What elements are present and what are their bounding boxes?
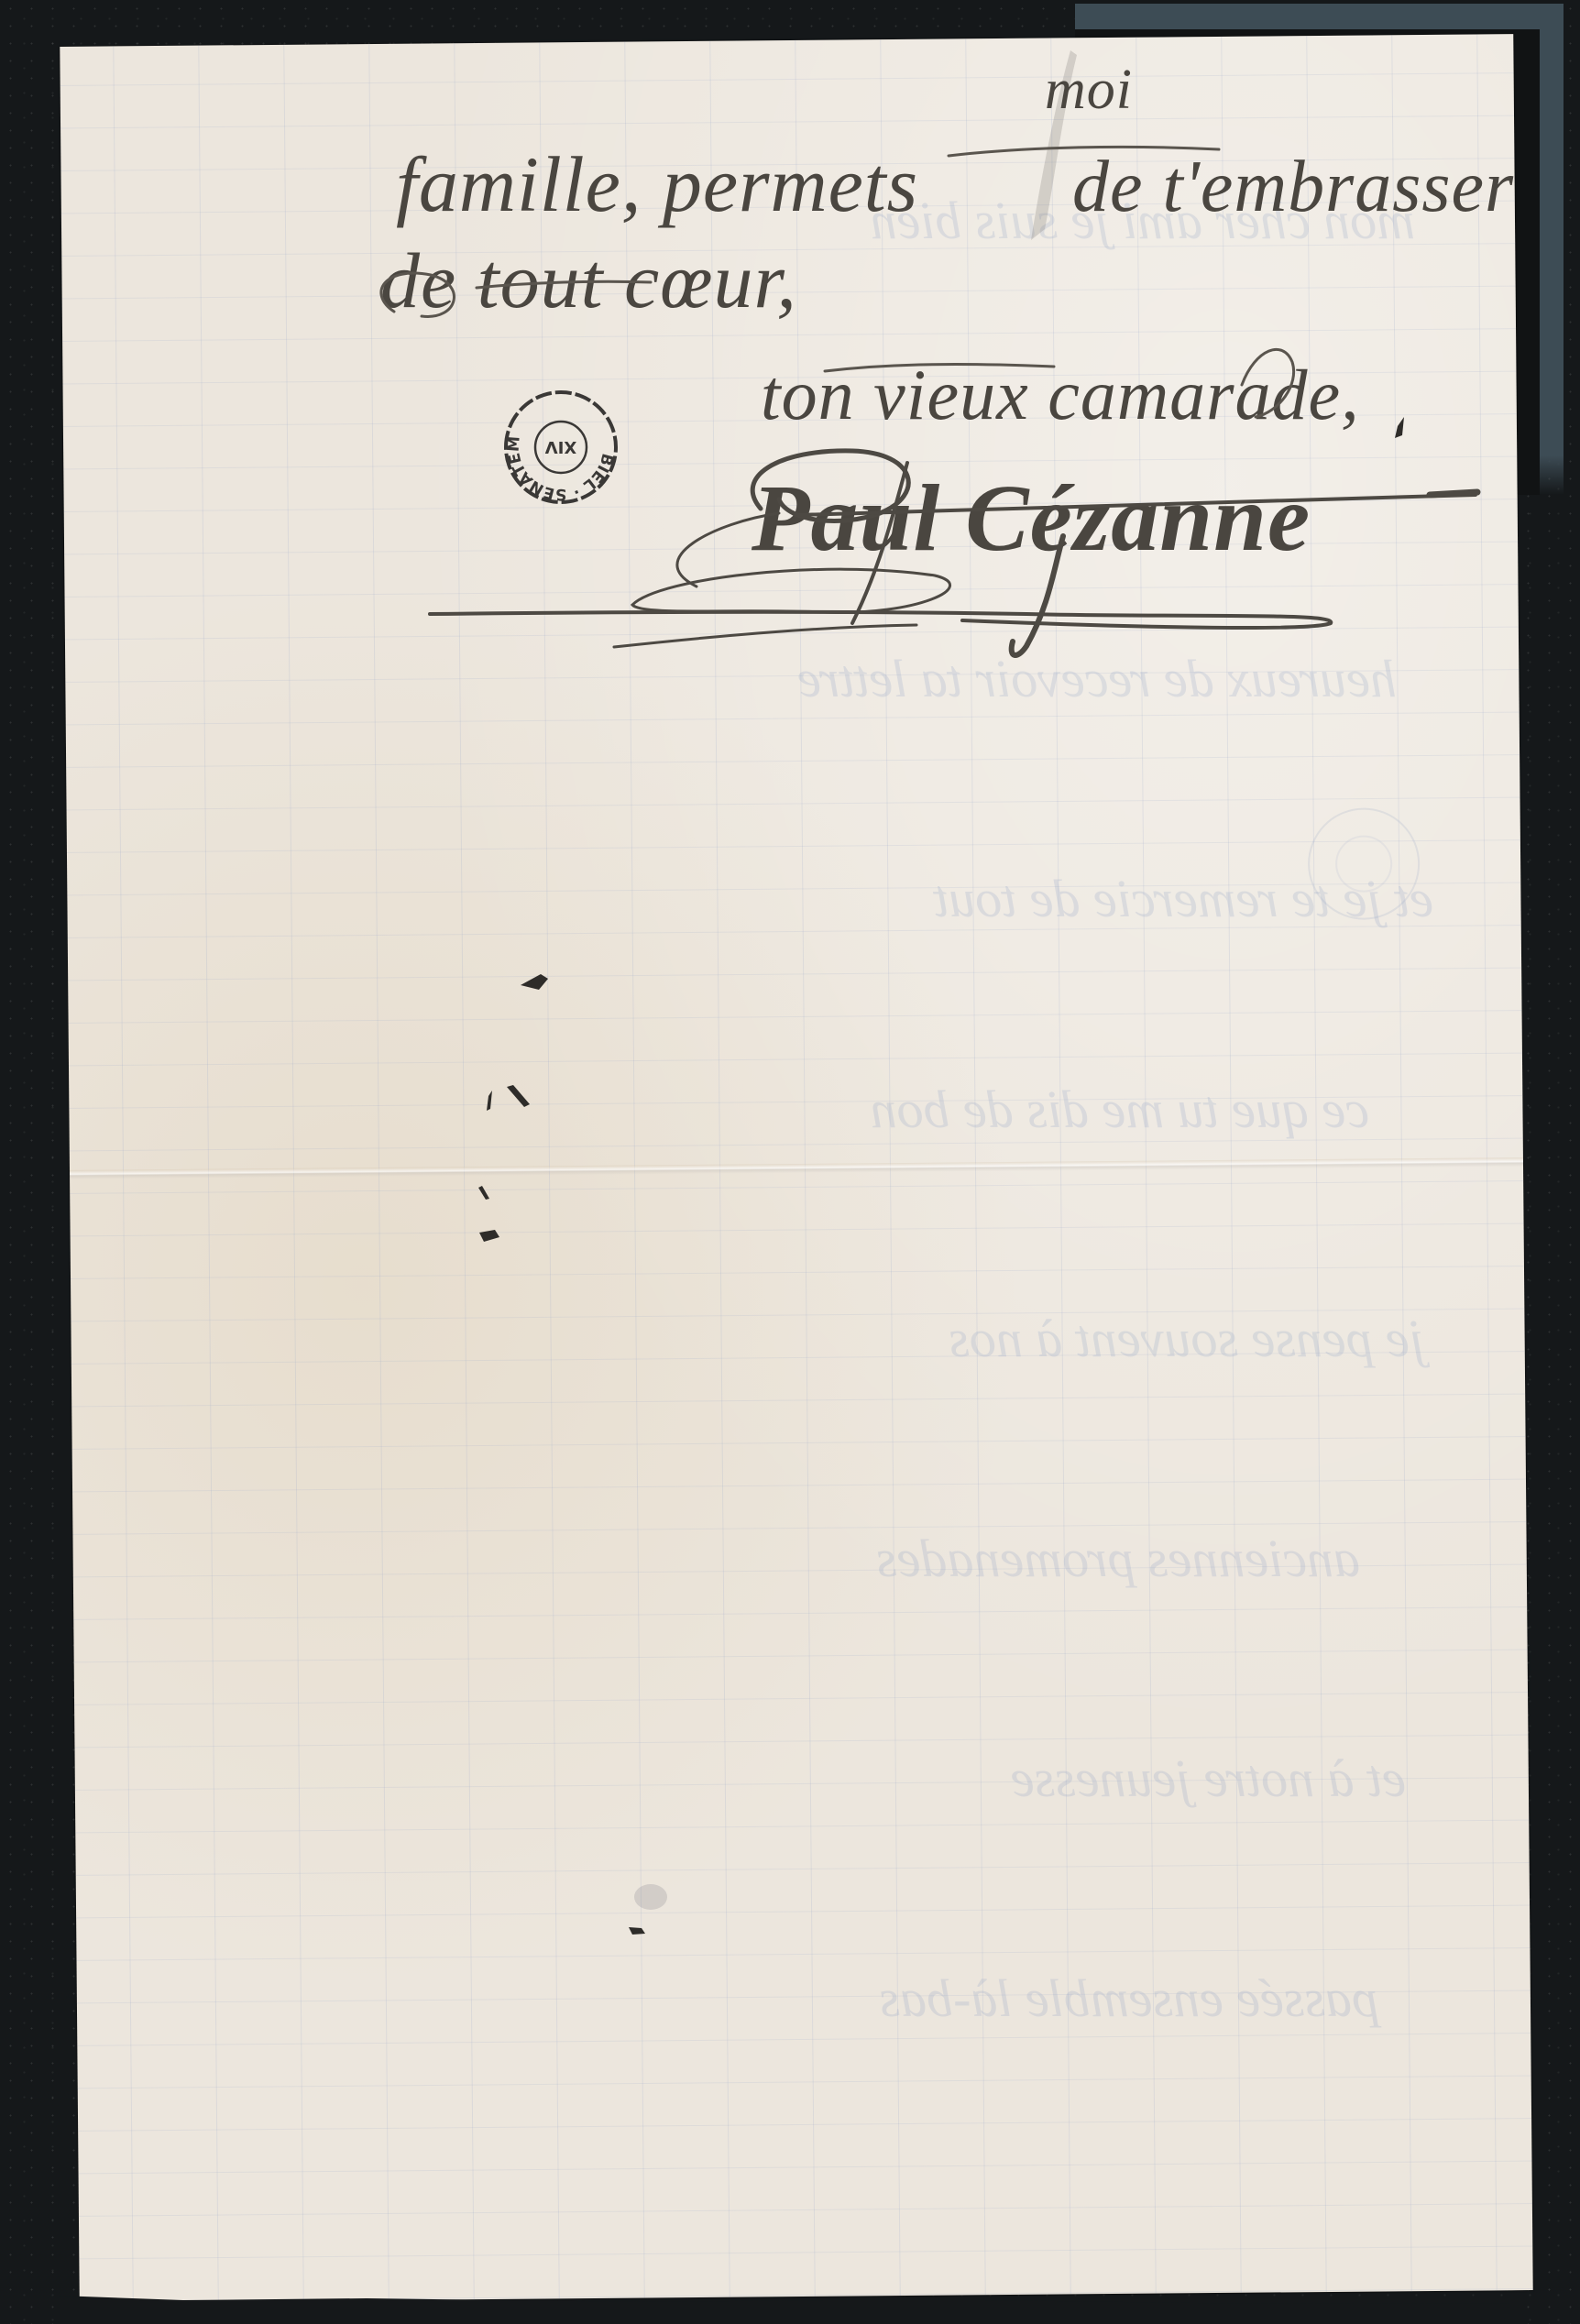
postmark-center-text: XIV xyxy=(545,437,577,456)
bleed-line: ce que tu me dis de bon xyxy=(871,1080,1369,1139)
torn-bottom-edge xyxy=(59,2296,1515,2324)
bleed-line: et à notre jeunesse xyxy=(1011,1748,1406,1808)
bleed-line: je pense souvent à nos xyxy=(949,1309,1431,1368)
bleed-line: et je te remercie de tout xyxy=(932,869,1433,928)
ink-speck xyxy=(487,1091,492,1111)
closing-ton-vieux-camarade: ton vieux camarade, xyxy=(761,355,1360,434)
bleed-line: passée ensemble là-bas xyxy=(880,1968,1382,2028)
signature-text: Paul Cézanne xyxy=(751,466,1311,571)
ink-speck xyxy=(507,1085,530,1107)
bleed-line: heureux de recevoir ta lettre xyxy=(797,649,1397,708)
insertion-moi: moi xyxy=(1045,59,1133,121)
ink-speck xyxy=(521,974,548,990)
ink-speck xyxy=(629,1927,645,1935)
line-de-tembrasser: de t'embrasser xyxy=(1072,147,1514,227)
ink-speck xyxy=(478,1186,489,1200)
line-famille-permets: famille, permets xyxy=(396,140,918,228)
ink-specks xyxy=(478,417,1404,1935)
ink-speck xyxy=(1395,417,1404,438)
ink-speck xyxy=(479,1230,499,1242)
ink-layer: mon cher ami je suis bien heureux de rec… xyxy=(0,0,1580,2324)
gray-smudge xyxy=(634,1884,667,1910)
postmark-stamp: BIEL · SENATEM XIV xyxy=(505,392,617,503)
bleed-line: anciennes promenades xyxy=(876,1529,1360,1588)
